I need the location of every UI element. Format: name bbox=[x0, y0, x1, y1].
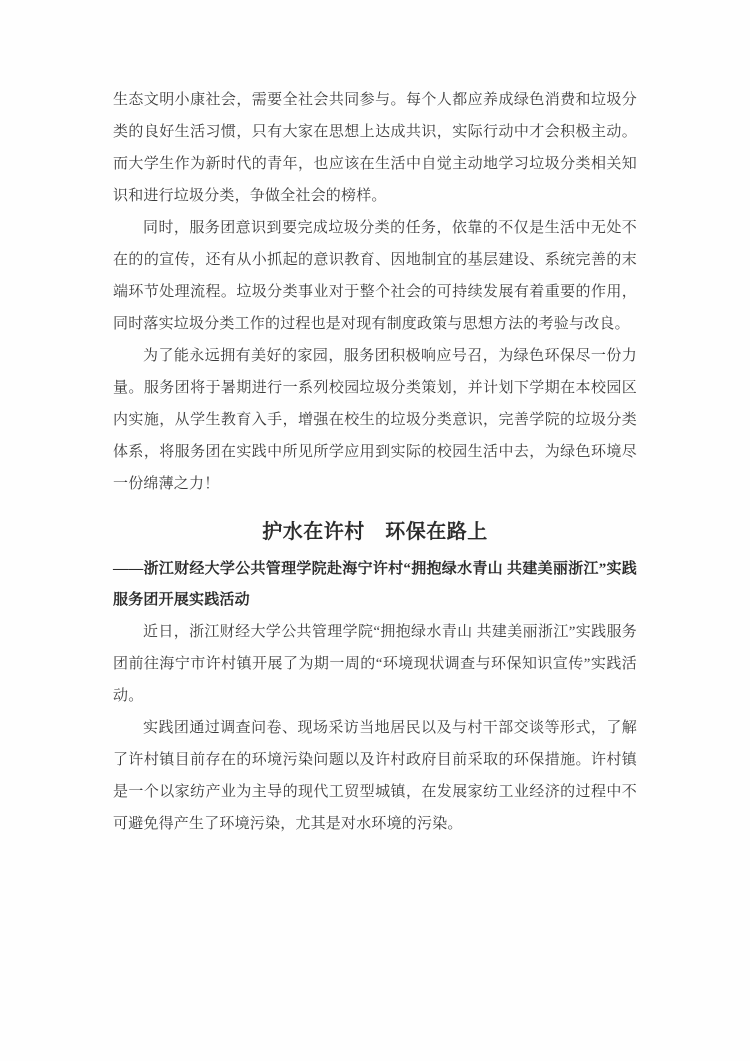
paragraph-continuation: 生态文明小康社会，需要全社会共同参与。每个人都应养成绿色消费和垃圾分类的良好生活… bbox=[113, 84, 637, 212]
document-page: 生态文明小康社会，需要全社会共同参与。每个人都应养成绿色消费和垃圾分类的良好生活… bbox=[0, 0, 750, 1061]
paragraph: 实践团通过调查问卷、现场采访当地居民以及与村干部交谈等形式，了解了许村镇目前存在… bbox=[113, 712, 637, 840]
paragraph: 同时，服务团意识到要完成垃圾分类的任务，依靠的不仅是生活中无处不在的的宣传，还有… bbox=[113, 212, 637, 340]
article-title: 护水在许村 环保在路上 bbox=[113, 516, 637, 548]
paragraph: 为了能永远拥有美好的家园，服务团积极响应号召，为绿色环保尽一份力量。服务团将于暑… bbox=[113, 340, 637, 500]
page-content: 生态文明小康社会，需要全社会共同参与。每个人都应养成绿色消费和垃圾分类的良好生活… bbox=[113, 84, 637, 840]
paragraph: 近日，浙江财经大学公共管理学院“拥抱绿水青山 共建美丽浙江”实践服务团前往海宁市… bbox=[113, 616, 637, 712]
article-subtitle: ——浙江财经大学公共管理学院赴海宁许村“拥抱绿水青山 共建美丽浙江”实践服务团开… bbox=[113, 554, 637, 616]
